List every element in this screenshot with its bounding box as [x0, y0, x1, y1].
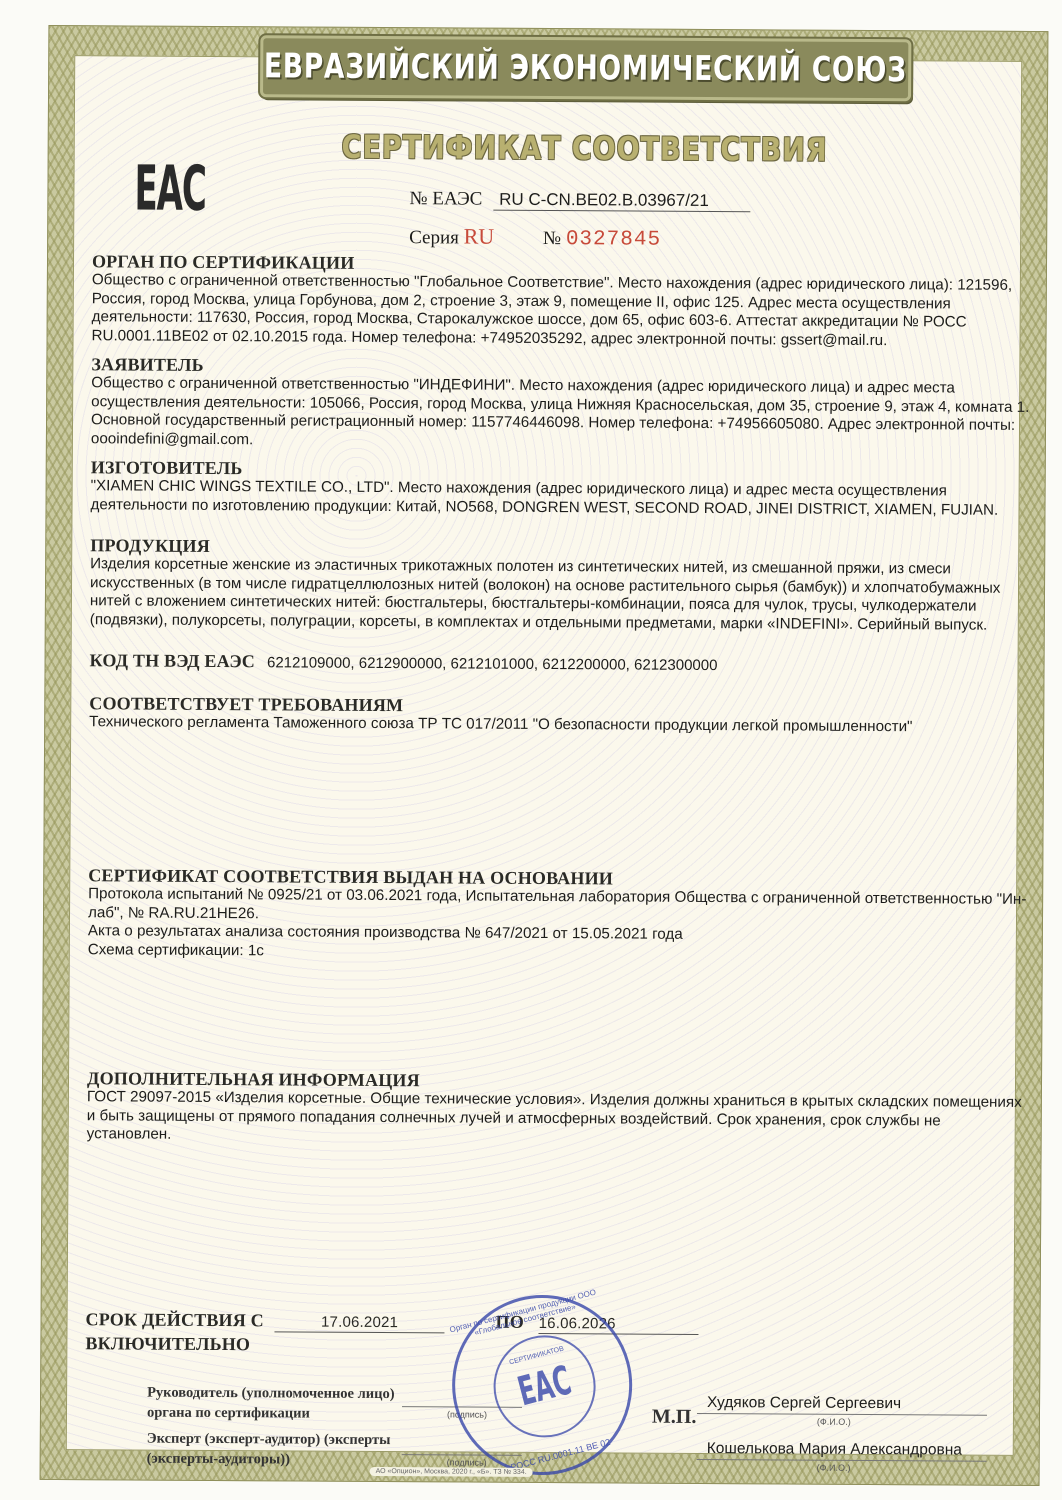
series-label: Серия	[409, 227, 459, 248]
section-manufacturer: ИЗГОТОВИТЕЛЬ "XIAMEN CHIC WINGS TEXTILE …	[90, 458, 1030, 520]
number-label: № ЕАЭС	[409, 188, 482, 209]
certificate-number: № ЕАЭС RU C-CN.BE02.B.03967/21	[409, 188, 750, 212]
expert-name-hint: (Ф.И.О.)	[817, 1463, 851, 1473]
section-text: Изделия корсетные женские из эластичных …	[90, 555, 1030, 635]
certificate-body: ОРГАН ПО СЕРТИФИКАЦИИ Общество с огранич…	[87, 252, 1032, 1159]
section-text: ГОСТ 29097-2015 «Изделия корсетные. Общи…	[87, 1088, 1027, 1149]
expert-name: Кошелькова Мария Александровна	[707, 1440, 962, 1460]
section-tn-ved: КОД ТН ВЭД ЕАЭС 6212109000, 6212900000, …	[90, 651, 1030, 677]
head-name-line	[697, 1413, 987, 1416]
union-banner: ЕВРАЗИЙСКИЙ ЭКОНОМИЧЕСКИЙ СОЮЗ	[260, 35, 911, 101]
printer-imprint: АО «Опцион», Москва, 2020 г., «Б». ТЗ № …	[370, 1467, 533, 1477]
section-requirements: СООТВЕТСТВУЕТ ТРЕБОВАНИЯМ Технического р…	[89, 694, 1029, 737]
tn-ved-codes: 6212109000, 6212900000, 6212101000, 6212…	[267, 654, 718, 675]
document-title: СЕРТИФИКАТ СООТВЕТСТВИЯ	[275, 127, 895, 169]
section-text: Общество с ограниченной ответственностью…	[91, 374, 1031, 454]
section-additional: ДОПОЛНИТЕЛЬНАЯ ИНФОРМАЦИЯ ГОСТ 29097-201…	[87, 1069, 1027, 1149]
form-number-label: №	[543, 228, 561, 249]
section-products: ПРОДУКЦИЯ Изделия корсетные женские из э…	[90, 536, 1031, 635]
valid-from: СРОК ДЕЙСТВИЯ С 17.06.2021	[85, 1310, 444, 1333]
expert-role: Эксперт (эксперт-аудитор) (эксперты (экс…	[147, 1429, 397, 1471]
certificate-sheet: ЕВРАЗИЙСКИЙ ЭКОНОМИЧЕСКИЙ СОЮЗ ЕАС СЕРТИ…	[40, 25, 1049, 1486]
inclusive-label: ВКЛЮЧИТЕЛЬНО	[85, 1334, 250, 1354]
section-basis: СЕРТИФИКАТ СООТВЕТСТВИЯ ВЫДАН НА ОСНОВАН…	[88, 866, 1029, 965]
series-value: RU	[464, 223, 495, 248]
union-title: ЕВРАЗИЙСКИЙ ЭКОНОМИЧЕСКИЙ СОЮЗ	[264, 46, 907, 90]
form-number-value: 0327845	[566, 228, 661, 252]
head-name: Худяков Сергей Сергеевич	[707, 1394, 901, 1413]
number-value: RU C-CN.BE02.B.03967/21	[493, 190, 750, 213]
section-heading: КОД ТН ВЭД ЕАЭС	[90, 651, 256, 671]
section-applicant: ЗАЯВИТЕЛЬ Общество с ограниченной ответс…	[91, 355, 1032, 454]
section-text: Общество с ограниченной ответственностью…	[91, 271, 1031, 351]
series-row: Серия RU № 0327845	[409, 223, 661, 252]
eac-mark-icon: ЕАС	[134, 151, 181, 223]
head-name-hint: (Ф.И.О.)	[817, 1417, 851, 1427]
basis-protocol: Протокола испытаний № 0925/21 от 03.06.2…	[88, 885, 1028, 928]
section-cert-body: ОРГАН ПО СЕРТИФИКАЦИИ Общество с огранич…	[91, 252, 1032, 351]
valid-from-date: 17.06.2021	[275, 1312, 445, 1333]
head-role: Руководитель (уполномоченное лицо) орган…	[147, 1383, 397, 1425]
stamp-place: М.П.	[652, 1406, 697, 1429]
expert-sign-hint: (подпись)	[447, 1457, 487, 1467]
certificate-paper: ЕВРАЗИЙСКИЙ ЭКОНОМИЧЕСКИЙ СОЮЗ ЕАС СЕРТИ…	[66, 55, 1023, 1456]
section-text: "XIAMEN CHIC WINGS TEXTILE CO., LTD". Ме…	[90, 477, 1030, 520]
